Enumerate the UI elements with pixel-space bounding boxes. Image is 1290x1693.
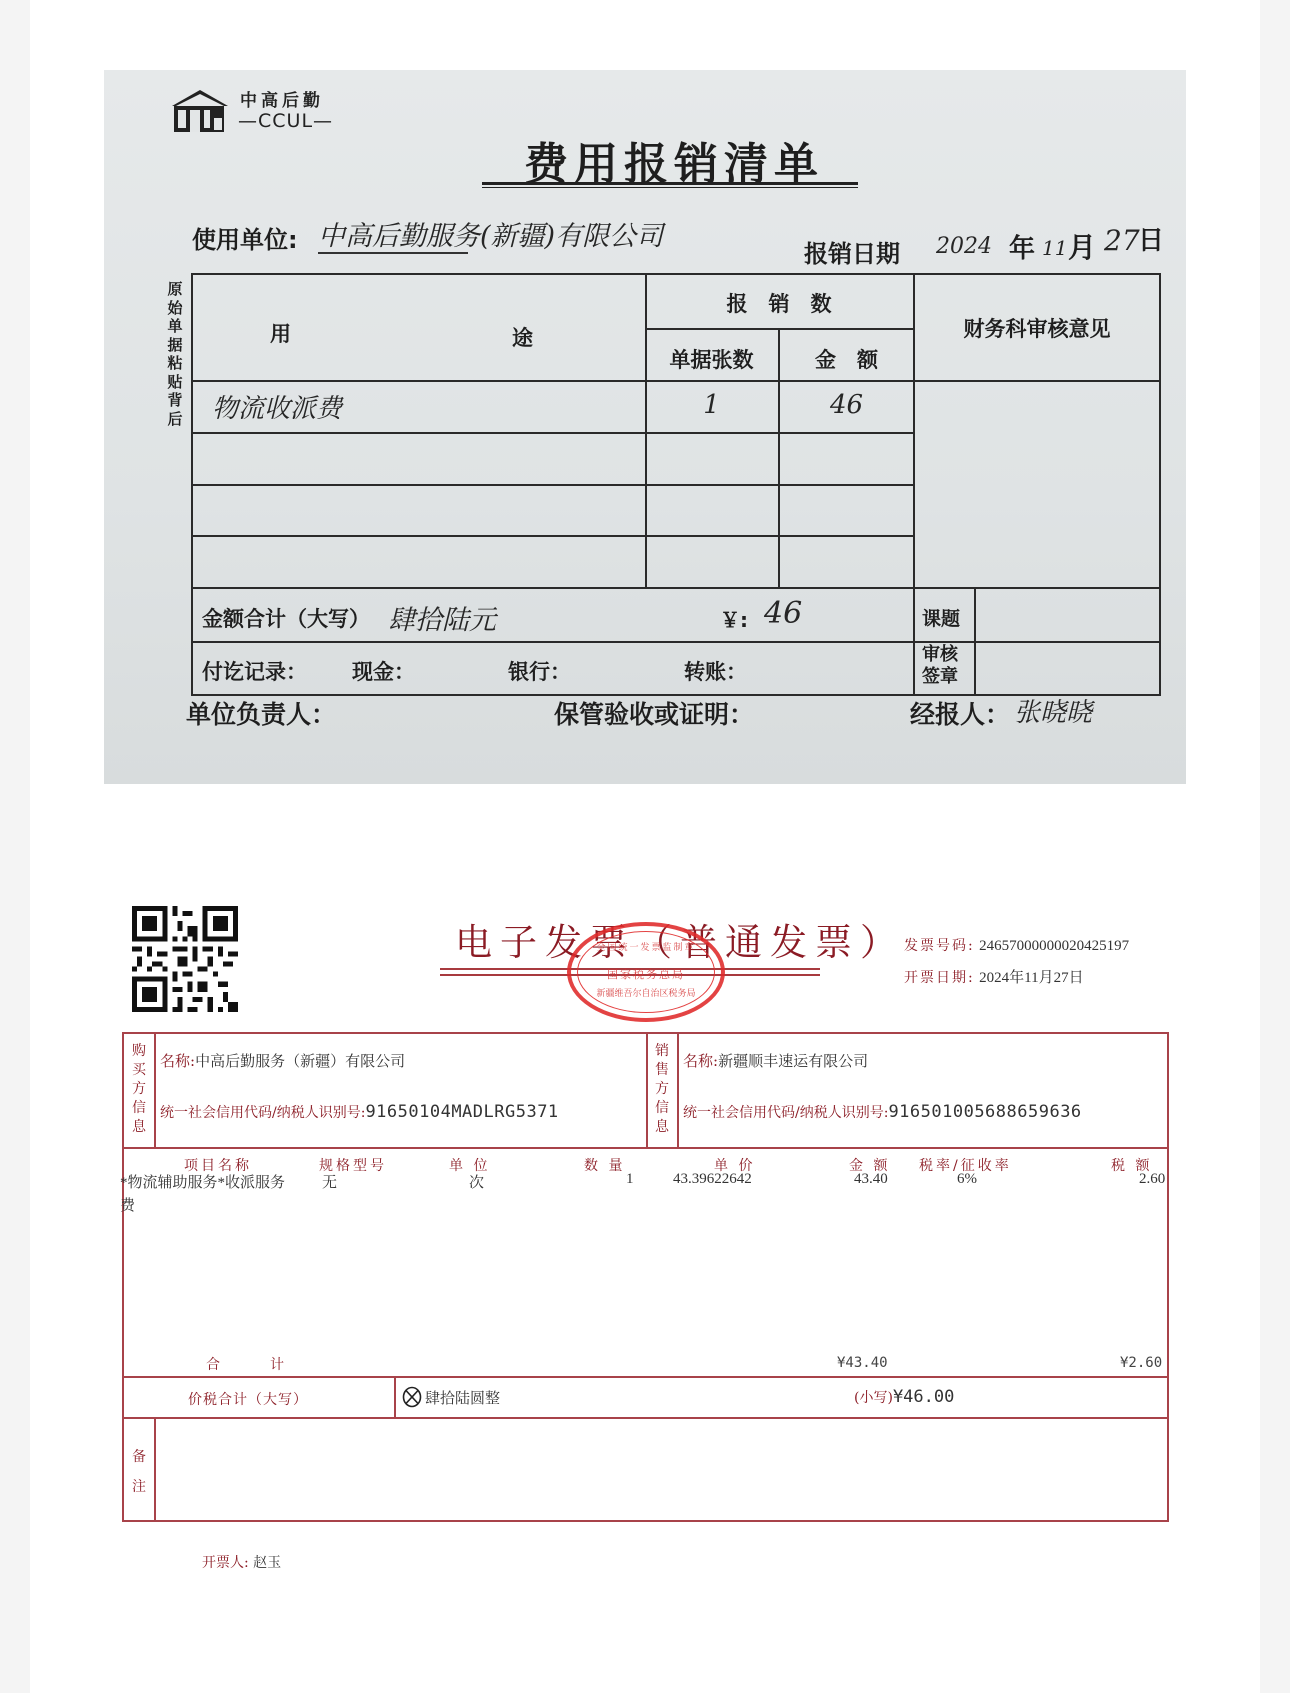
item-spec: 无	[322, 1171, 337, 1192]
seller-tax-id: 统一社会信用代码/纳税人识别号:916501005688659636	[683, 1102, 1082, 1122]
price-tax-total-lower: (小写)¥46.00	[854, 1387, 954, 1407]
issue-date-value: 2024年11月27日	[979, 970, 1083, 986]
electronic-invoice: 电子发票（普通发票） 全国统一发票监制章 国家税务总局 新疆维吾尔自治区税务局 …	[0, 0, 1290, 1693]
buyer-tax-label: 统一社会信用代码/纳税人识别号:	[160, 1105, 365, 1121]
item-name-line2: 费	[120, 1194, 135, 1215]
buyer-name-label: 名称:	[160, 1052, 195, 1070]
seller-tax-value: 916501005688659636	[888, 1102, 1081, 1122]
total-tax: ¥2.60	[1120, 1355, 1162, 1371]
issue-date: 开票日期: 2024年11月27日	[904, 966, 1084, 987]
invoice-table: 购买方信息 名称:中高后勤服务（新疆）有限公司 统一社会信用代码/纳税人识别号:…	[122, 1032, 1169, 1522]
buyer-tax-value: 91650104MADLRG5371	[365, 1102, 558, 1122]
item-tax-rate: 6%	[957, 1171, 977, 1188]
issuer: 开票人: 赵玉	[202, 1552, 281, 1572]
buyer-name: 名称:中高后勤服务（新疆）有限公司	[160, 1050, 405, 1071]
qr-code-icon	[132, 906, 238, 1012]
seller-tax-label: 统一社会信用代码/纳税人识别号:	[683, 1105, 888, 1121]
remarks-label-1: 备	[132, 1446, 146, 1466]
cross-circle-icon	[402, 1386, 422, 1408]
stamp-text-bottom: 新疆维吾尔自治区税务局	[571, 986, 721, 999]
buyer-name-value: 中高后勤服务（新疆）有限公司	[195, 1052, 405, 1070]
seller-name: 名称:新疆顺丰速运有限公司	[683, 1050, 868, 1071]
item-unit: 次	[469, 1171, 484, 1192]
stamp-text-middle: 国家税务总局	[571, 966, 721, 982]
item-quantity: 1	[626, 1171, 634, 1188]
issue-date-label: 开票日期:	[904, 970, 975, 986]
issuer-label: 开票人:	[202, 1555, 249, 1571]
total-amount: ¥43.40	[837, 1355, 888, 1371]
total-label: 合 计	[206, 1354, 286, 1374]
issuer-value: 赵玉	[253, 1555, 281, 1571]
price-tax-total-label: 价税合计（大写）	[188, 1389, 308, 1409]
seller-name-label: 名称:	[683, 1052, 718, 1070]
item-amount: 43.40	[854, 1171, 888, 1188]
stamp-text-top: 全国统一发票监制章	[571, 940, 721, 953]
invoice-number-value: 24657000000020425197	[979, 938, 1129, 954]
invoice-number-label: 发票号码:	[904, 938, 975, 954]
item-name-line1: *物流辅助服务*收派服务	[120, 1171, 285, 1192]
buyer-tax-id: 统一社会信用代码/纳税人识别号:91650104MADLRG5371	[160, 1102, 559, 1122]
item-unit-price: 43.39622642	[673, 1171, 752, 1188]
seller-side-label: 销售方信息	[652, 1042, 672, 1137]
item-tax: 2.60	[1139, 1171, 1165, 1188]
price-tax-lower-value: ¥46.00	[893, 1387, 954, 1407]
column-header-quantity: 数 量	[584, 1155, 625, 1175]
invoice-number: 发票号码: 24657000000020425197	[904, 935, 1129, 955]
buyer-side-label: 购买方信息	[129, 1042, 149, 1137]
seller-name-value: 新疆顺丰速运有限公司	[718, 1052, 868, 1070]
tax-bureau-stamp: 全国统一发票监制章 国家税务总局 新疆维吾尔自治区税务局	[567, 922, 725, 1022]
remarks-label-2: 注	[132, 1476, 146, 1496]
price-tax-lower-label: (小写)	[854, 1390, 893, 1406]
price-tax-total-upper: 肆拾陆圆整	[425, 1387, 500, 1408]
